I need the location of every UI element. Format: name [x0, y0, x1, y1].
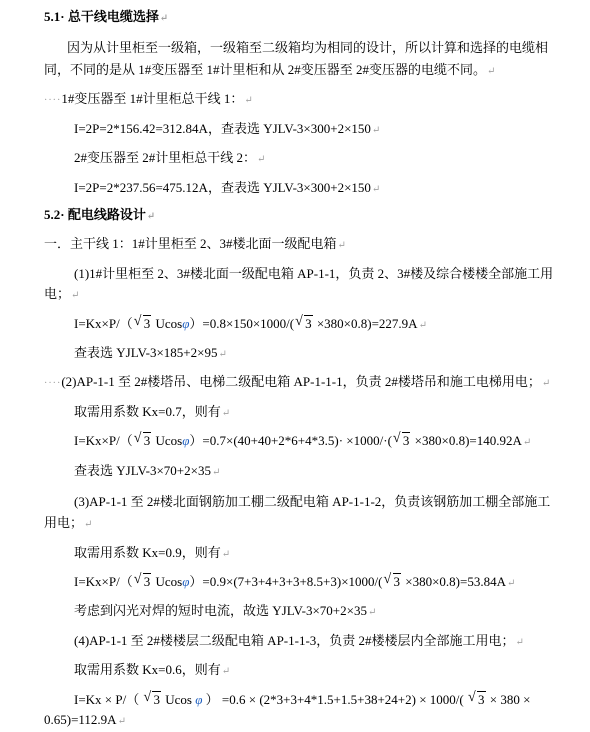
item1-choice: 查表选 YJLV-3×185+2×95↵	[74, 345, 227, 363]
paragraph-mark-icon: ↵	[218, 349, 226, 360]
paragraph-mark-icon: ↵	[516, 637, 524, 648]
paragraph-mark-icon: ↵	[419, 320, 427, 331]
paragraph-mark-icon: ↵	[338, 240, 346, 251]
trunk-line-1-calc: I=2P=2*156.42=312.84A，查表选 YJLV-3×300+2×1…	[74, 121, 380, 139]
item3-kx: 取需用系数 Kx=0.9，则有↵	[74, 545, 230, 563]
sqrt-symbol: 3	[134, 574, 152, 590]
item2-kx: 取需用系数 Kx=0.7，则有↵	[74, 404, 230, 422]
paragraph-mark-icon: ↵	[71, 290, 79, 301]
item4-kx: 取需用系数 Kx=0.6，则有↵	[74, 662, 230, 680]
paragraph-mark-icon: ↵	[222, 666, 230, 677]
intro-paragraph-line1: 因为从计里柜至一级箱，一级箱至二级箱均为相同的设计，所以计算和选择的电缆相	[67, 40, 548, 56]
sqrt-symbol: 3	[295, 316, 313, 332]
item1-formula: I=Kx×P/（3 Ucosφ）=0.8×150×1000/(3 ×380×0.…	[74, 316, 427, 334]
paragraph-mark-icon: ↵	[212, 467, 220, 478]
item1-line2: 电；↵	[44, 286, 79, 304]
trunk-line-2-calc: I=2P=2*237.56=475.12A，查表选 YJLV-3×300+2×1…	[74, 180, 380, 198]
item2-formula: I=Kx×P/（3 Ucosφ）=0.7×(40+40+2*6+4*3.5)· …	[74, 433, 531, 451]
paragraph-mark-icon: ↵	[147, 211, 155, 222]
trunk-line-1-title: ····1#变压器至 1#计里柜总干线 1：↵	[44, 91, 253, 109]
intro-paragraph-line2: 同，不同的是从 1#变压器至 1#计里柜和从 2#变压器至 2#变压器的电缆不同…	[44, 62, 495, 80]
sqrt-symbol: 3	[393, 433, 411, 449]
trunk-title: 一．主干线 1：1#计里柜至 2、3#楼北面一级配电箱↵	[44, 236, 346, 254]
leader-dots: ····	[44, 95, 61, 106]
item2-line1: ····(2)AP-1-1 至 2#楼塔吊、电梯二级配电箱 AP-1-1-1，负…	[44, 374, 550, 392]
item4-formula: I=Kx × P/（ 3 Ucos φ ） =0.6 × (2*3+3+4*1.…	[74, 692, 530, 708]
item1-line1: (1)1#计里柜至 2、3#楼北面一级配电箱 AP-1-1，负责 2、3#楼及综…	[74, 266, 553, 282]
item3-formula: I=Kx×P/（3 Ucosφ）=0.9×(7+3+4+3+3+8.5+3)×1…	[74, 574, 515, 592]
sqrt-symbol: 3	[384, 574, 402, 590]
item4-line1: (4)AP-1-1 至 2#楼楼层二级配电箱 AP-1-1-3，负责 2#楼楼层…	[74, 633, 524, 651]
item3-choice: 考虑到闪光对焊的短时电流，故选 YJLV-3×70+2×35↵	[74, 603, 376, 621]
paragraph-mark-icon: ↵	[372, 125, 380, 136]
paragraph-mark-icon: ↵	[257, 154, 265, 165]
item3-line2: 用电；↵	[44, 515, 92, 533]
item3-line1: (3)AP-1-1 至 2#楼北面钢筋加工棚二级配电箱 AP-1-1-2，负责该…	[74, 494, 550, 510]
section-heading-5-1: 5.1· 总干线电缆选择↵	[44, 9, 168, 27]
item2-choice: 查表选 YJLV-3×70+2×35↵	[74, 463, 220, 481]
sqrt-symbol: 3	[143, 692, 161, 708]
paragraph-mark-icon: ↵	[222, 408, 230, 419]
paragraph-mark-icon: ↵	[372, 184, 380, 195]
sqrt-symbol: 3	[468, 692, 486, 708]
sqrt-symbol: 3	[134, 316, 152, 332]
paragraph-mark-icon: ↵	[507, 578, 515, 589]
section-heading-5-2: 5.2· 配电线路设计↵	[44, 207, 155, 225]
paragraph-mark-icon: ↵	[487, 66, 495, 77]
paragraph-mark-icon: ↵	[542, 378, 550, 389]
sqrt-symbol: 3	[134, 433, 152, 449]
paragraph-mark-icon: ↵	[222, 549, 230, 560]
leader-dots: ····	[44, 378, 61, 389]
paragraph-mark-icon: ↵	[244, 95, 252, 106]
paragraph-mark-icon: ↵	[160, 13, 168, 24]
paragraph-mark-icon: ↵	[368, 607, 376, 618]
paragraph-mark-icon: ↵	[84, 519, 92, 530]
item4-formula-line2: 0.65)=112.9A↵	[44, 712, 126, 730]
trunk-line-2-title: 2#变压器至 2#计里柜总干线 2：↵	[74, 150, 265, 168]
paragraph-mark-icon: ↵	[523, 437, 531, 448]
paragraph-mark-icon: ↵	[118, 716, 126, 727]
